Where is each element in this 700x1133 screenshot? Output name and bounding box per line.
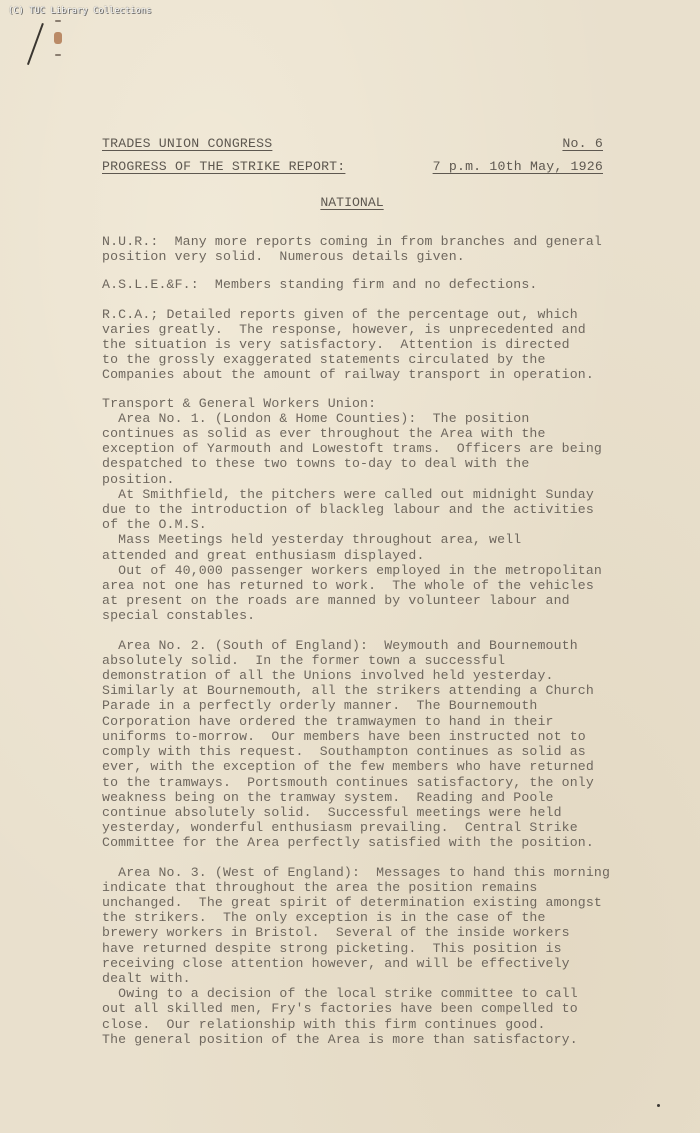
staple-hole-bottom: [55, 54, 61, 56]
rust-stain: [54, 32, 62, 44]
paragraph-area3: Area No. 3. (West of England): Messages …: [102, 865, 662, 1047]
section-heading-text: NATIONAL: [320, 195, 383, 210]
report-title: PROGRESS OF THE STRIKE REPORT:: [102, 159, 345, 174]
report-datetime: 7 p.m. 10th May, 1926: [433, 159, 603, 174]
header-row-organisation: TRADES UNION CONGRESS No. 6: [102, 136, 603, 151]
paragraph-nur: N.U.R.: Many more reports coming in from…: [102, 234, 662, 264]
ink-speck: [657, 1104, 660, 1107]
staple-rust-mark: [53, 20, 63, 56]
typewritten-report: TRADES UNION CONGRESS No. 6 PROGRESS OF …: [102, 136, 662, 1047]
paragraph-rca: R.C.A.; Detailed reports given of the pe…: [102, 307, 662, 383]
paragraph-asle: A.S.L.E.&F.: Members standing firm and n…: [102, 277, 662, 292]
organisation-name: TRADES UNION CONGRESS: [102, 136, 272, 151]
report-number: No. 6: [562, 136, 603, 151]
staple-hole-top: [55, 20, 61, 22]
header-row-title: PROGRESS OF THE STRIKE REPORT: 7 p.m. 10…: [102, 159, 603, 174]
copyright-watermark: (C) TUC Library Collections: [8, 6, 152, 16]
paragraph-tgwu-area1: Transport & General Workers Union: Area …: [102, 396, 662, 624]
section-heading: NATIONAL: [102, 195, 602, 210]
paragraph-area2: Area No. 2. (South of England): Weymouth…: [102, 638, 662, 851]
pencil-stroke-mark: [27, 23, 44, 65]
